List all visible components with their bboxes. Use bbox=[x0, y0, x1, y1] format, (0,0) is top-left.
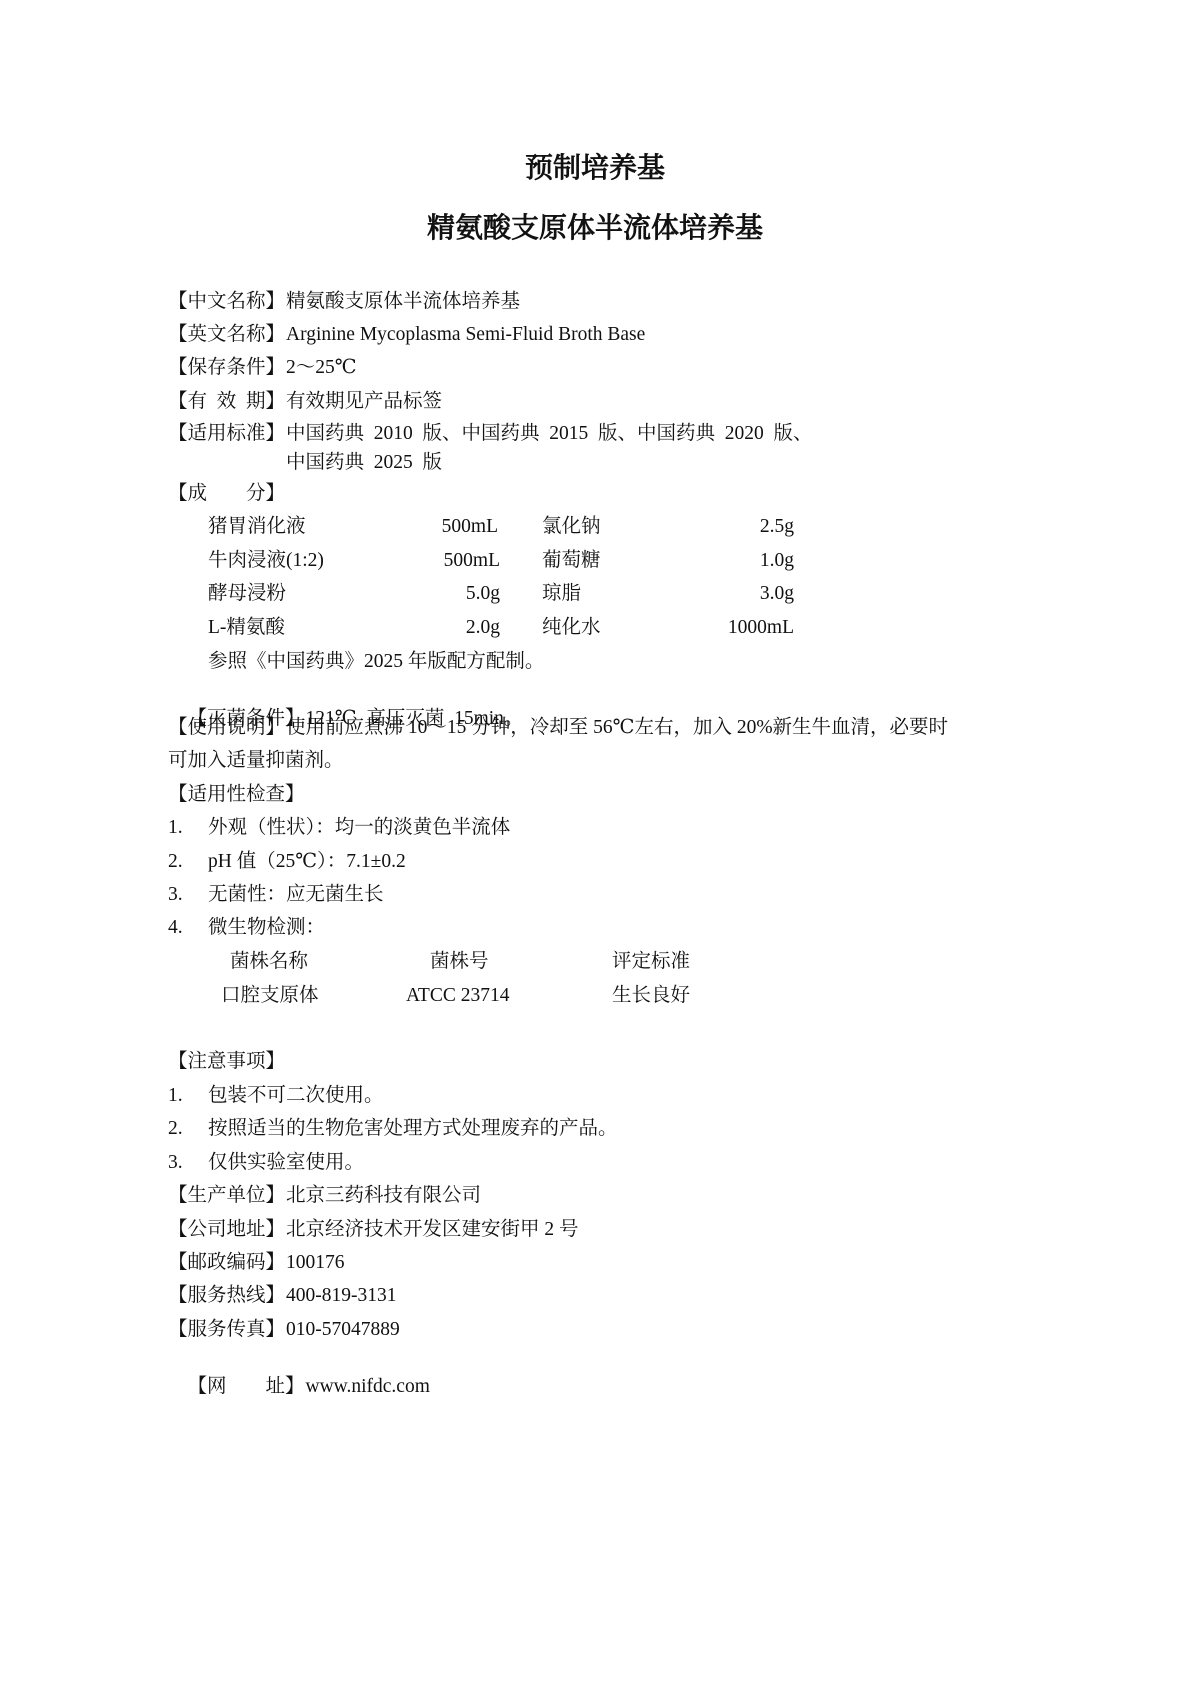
list-item: 2.pH 值（25℃）：7.1±0.2 bbox=[168, 850, 406, 874]
page-title: 预制培养基 bbox=[0, 146, 1190, 186]
field-standard: 【适用标准】中国药典 2010 版、中国药典 2015 版、中国药典 2020 … bbox=[168, 422, 813, 446]
field-label: 【邮政编码】 bbox=[168, 1251, 286, 1275]
list-item: 4.微生物检测： bbox=[168, 916, 325, 940]
field-label: 【公司地址】 bbox=[168, 1218, 286, 1242]
list-item: 2.按照适当的生物危害处理方式处理废弃的产品。 bbox=[168, 1117, 618, 1141]
suitability-label: 【适用性检查】 bbox=[168, 783, 305, 807]
field-label: 【服务传真】 bbox=[168, 1318, 286, 1342]
ingredient-name: L-精氨酸 bbox=[208, 616, 285, 640]
field-value: 100176 bbox=[286, 1252, 345, 1273]
field-usage-line2: 可加入适量抑菌剂。 bbox=[168, 749, 344, 773]
list-item: 3.仅供实验室使用。 bbox=[168, 1151, 364, 1175]
ingredient-name: 酵母浸粉 bbox=[208, 582, 286, 606]
ingredient-amount: 2.0g bbox=[402, 616, 500, 640]
list-item: 1.包装不可二次使用。 bbox=[168, 1084, 384, 1108]
field-label: 【生产单位】 bbox=[168, 1184, 286, 1208]
ingredient-amount: 500mL bbox=[402, 549, 500, 573]
field-hotline: 【服务热线】400-819-3131 bbox=[168, 1284, 397, 1308]
field-value: 010-57047889 bbox=[286, 1319, 400, 1340]
field-standard-line2: 中国药典 2025 版 bbox=[286, 451, 442, 475]
ingredient-name: 纯化水 bbox=[542, 616, 601, 640]
field-address: 【公司地址】北京经济技术开发区建安街甲 2 号 bbox=[168, 1218, 579, 1242]
field-label: 【英文名称】 bbox=[168, 323, 286, 347]
table-header: 评定标准 bbox=[612, 950, 690, 974]
composition-label: 【成 分】 bbox=[168, 482, 285, 506]
field-storage: 【保存条件】2～25℃ bbox=[168, 356, 357, 380]
field-value: 北京经济技术开发区建安街甲 2 号 bbox=[286, 1219, 579, 1240]
table-cell: ATCC 23714 bbox=[406, 984, 509, 1008]
field-validity: 【有 效 期】有效期见产品标签 bbox=[168, 390, 442, 414]
formula-note: 参照《中国药典》2025 年版配方配制。 bbox=[208, 650, 544, 674]
field-website: 【网 址】www.nifdc.com bbox=[168, 1351, 430, 1423]
table-cell: 生长良好 bbox=[612, 984, 690, 1008]
list-item: 1.外观（性状）：均一的淡黄色半流体 bbox=[168, 816, 510, 840]
field-fax: 【服务传真】010-57047889 bbox=[168, 1318, 400, 1342]
field-manufacturer: 【生产单位】北京三药科技有限公司 bbox=[168, 1184, 481, 1208]
field-en-name: 【英文名称】Arginine Mycoplasma Semi-Fluid Bro… bbox=[168, 323, 645, 347]
table-cell: 口腔支原体 bbox=[221, 984, 319, 1008]
ingredient-name: 猪胃消化液 bbox=[208, 515, 306, 539]
ingredient-amount: 1.0g bbox=[696, 549, 794, 573]
ingredient-name: 牛肉浸液(1:2) bbox=[208, 549, 324, 573]
field-label: 【适用标准】 bbox=[168, 422, 286, 446]
field-value: Arginine Mycoplasma Semi-Fluid Broth Bas… bbox=[286, 324, 645, 345]
field-value: 中国药典 2010 版、中国药典 2015 版、中国药典 2020 版、 bbox=[286, 423, 813, 444]
ingredient-amount: 2.5g bbox=[696, 515, 794, 539]
ingredient-amount: 5.0g bbox=[402, 582, 500, 606]
field-postcode: 【邮政编码】100176 bbox=[168, 1251, 345, 1275]
ingredient-amount: 3.0g bbox=[696, 582, 794, 606]
field-value: 精氨酸支原体半流体培养基 bbox=[286, 291, 520, 312]
field-value: 2～25℃ bbox=[286, 357, 357, 378]
product-title: 精氨酸支原体半流体培养基 bbox=[0, 206, 1190, 246]
table-header: 菌株号 bbox=[430, 950, 489, 974]
ingredient-amount: 1000mL bbox=[676, 616, 794, 640]
field-value: 有效期见产品标签 bbox=[286, 391, 442, 412]
field-label: 【使用说明】 bbox=[168, 716, 286, 740]
field-value: 使用前应煮沸 10～15 分钟，冷却至 56℃左右，加入 20%新生牛血清，必要… bbox=[286, 717, 948, 738]
field-usage: 【使用说明】使用前应煮沸 10～15 分钟，冷却至 56℃左右，加入 20%新生… bbox=[168, 716, 948, 740]
field-label: 【网 址】 bbox=[188, 1375, 306, 1399]
field-label: 【中文名称】 bbox=[168, 290, 286, 314]
ingredient-name: 琼脂 bbox=[542, 582, 581, 606]
ingredient-name: 氯化钠 bbox=[542, 515, 601, 539]
list-item: 3.无菌性：应无菌生长 bbox=[168, 883, 384, 907]
field-label: 【保存条件】 bbox=[168, 356, 286, 380]
table-header: 菌株名称 bbox=[230, 950, 308, 974]
website-link[interactable]: www.nifdc.com bbox=[306, 1376, 430, 1397]
field-value: 400-819-3131 bbox=[286, 1285, 397, 1306]
notes-label: 【注意事项】 bbox=[168, 1050, 285, 1074]
field-cn-name: 【中文名称】精氨酸支原体半流体培养基 bbox=[168, 290, 520, 314]
field-value: 北京三药科技有限公司 bbox=[286, 1185, 481, 1206]
field-label: 【服务热线】 bbox=[168, 1284, 286, 1308]
field-label: 【有 效 期】 bbox=[168, 390, 286, 414]
ingredient-amount: 500mL bbox=[400, 515, 498, 539]
ingredient-name: 葡萄糖 bbox=[542, 549, 601, 573]
